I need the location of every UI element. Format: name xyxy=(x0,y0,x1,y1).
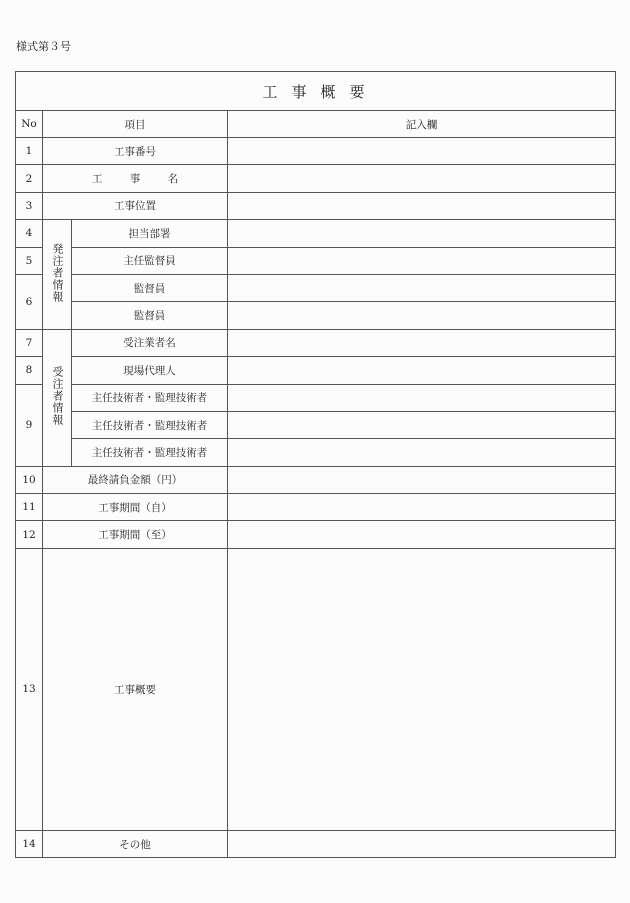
row-no: 13 xyxy=(16,548,43,830)
row-item: 工事期間（至） xyxy=(43,521,228,548)
row-item: 主任監督員 xyxy=(72,247,228,274)
row-item: 受注業者名 xyxy=(72,329,228,356)
row-item: 現場代理人 xyxy=(72,357,228,384)
row-no: 12 xyxy=(16,521,43,548)
row-item: 監督員 xyxy=(72,274,228,301)
row-no: 6 xyxy=(16,274,43,329)
row-no: 10 xyxy=(16,466,43,493)
entry-chief-supervisor[interactable] xyxy=(228,247,616,274)
row-item: 工事概要 xyxy=(43,548,228,830)
entry-construction-summary[interactable] xyxy=(228,548,616,830)
entry-construction-location[interactable] xyxy=(228,192,616,219)
entry-supervisor-2[interactable] xyxy=(228,302,616,329)
row-no: 4 xyxy=(16,220,43,247)
entry-site-agent[interactable] xyxy=(228,357,616,384)
row-item: 工事位置 xyxy=(43,192,228,219)
row-no: 5 xyxy=(16,247,43,274)
header-item: 項目 xyxy=(43,111,228,138)
construction-summary-table: 工事概要 No 項目 記入欄 1工事番号 2工 事 名 3工事位置 4発注者情報… xyxy=(15,71,616,858)
row-item: 工事期間（自） xyxy=(43,494,228,521)
form-title: 工事概要 xyxy=(16,72,616,111)
row-item: 担当部署 xyxy=(72,220,228,247)
group-contractor-info: 受注者情報 xyxy=(43,329,72,466)
row-no: 14 xyxy=(16,830,43,857)
row-no: 7 xyxy=(16,329,43,356)
entry-other[interactable] xyxy=(228,830,616,857)
row-item: その他 xyxy=(43,830,228,857)
row-item: 主任技術者・監理技術者 xyxy=(72,384,228,411)
row-item: 主任技術者・監理技術者 xyxy=(72,439,228,466)
row-no: 8 xyxy=(16,357,43,384)
entry-engineer-3[interactable] xyxy=(228,439,616,466)
entry-period-from[interactable] xyxy=(228,494,616,521)
entry-period-to[interactable] xyxy=(228,521,616,548)
entry-construction-name[interactable] xyxy=(228,165,616,192)
group-orderer-info: 発注者情報 xyxy=(43,220,72,330)
row-item: 工事番号 xyxy=(43,138,228,165)
row-item: 主任技術者・監理技術者 xyxy=(72,411,228,438)
row-item: 監督員 xyxy=(72,302,228,329)
header-entry: 記入欄 xyxy=(228,111,616,138)
entry-supervisor-1[interactable] xyxy=(228,274,616,301)
row-no: 1 xyxy=(16,138,43,165)
entry-department[interactable] xyxy=(228,220,616,247)
form-number: 様式第３号 xyxy=(16,38,71,54)
entry-engineer-2[interactable] xyxy=(228,411,616,438)
row-item: 工 事 名 xyxy=(43,165,228,192)
row-no: 3 xyxy=(16,192,43,219)
entry-contractor-name[interactable] xyxy=(228,329,616,356)
entry-construction-number[interactable] xyxy=(228,138,616,165)
row-no: 2 xyxy=(16,165,43,192)
row-no: 11 xyxy=(16,494,43,521)
header-no: No xyxy=(16,111,43,138)
entry-final-contract-amount[interactable] xyxy=(228,466,616,493)
row-no: 9 xyxy=(16,384,43,466)
row-item: 最終請負金額（円） xyxy=(43,466,228,493)
entry-engineer-1[interactable] xyxy=(228,384,616,411)
